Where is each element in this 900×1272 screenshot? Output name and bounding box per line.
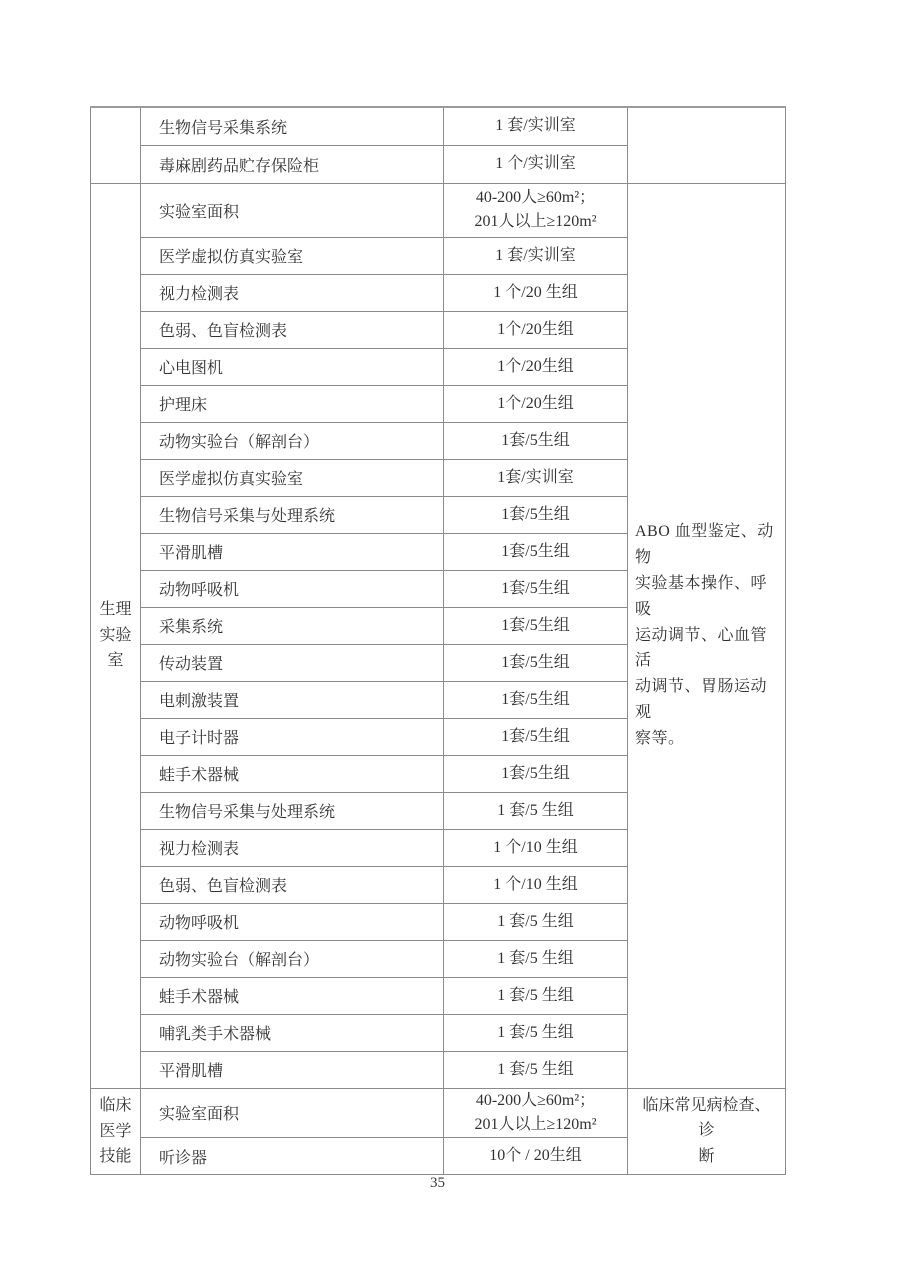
equipment-name-cell: 色弱、色盲检测表 (141, 866, 444, 903)
quantity-cell: 40-200人≥60m²； 201人以上≥120m² (444, 183, 628, 237)
equipment-name-cell: 毒麻剧药品贮存保险柜 (141, 145, 444, 183)
function-description-cell: ABO 血型鉴定、动物 实验基本操作、呼吸 运动调节、心血管活 动调节、胃肠运动… (628, 183, 786, 1088)
equipment-name-cell: 实验室面积 (141, 183, 444, 237)
quantity-cell: 1 个/实训室 (444, 145, 628, 183)
document-page: 生物信号采集系统1 套/实训室毒麻剧药品贮存保险柜1 个/实训室生理 实验 室实… (0, 0, 900, 1272)
equipment-requirements-table: 生物信号采集系统1 套/实训室毒麻剧药品贮存保险柜1 个/实训室生理 实验 室实… (90, 106, 786, 1175)
quantity-cell: 1 个/10 生组 (444, 829, 628, 866)
quantity-cell: 1套/5生组 (444, 422, 628, 459)
room-label-cell (91, 107, 141, 183)
equipment-name-cell: 动物呼吸机 (141, 903, 444, 940)
equipment-name-cell: 电子计时器 (141, 718, 444, 755)
quantity-cell: 1套/实训室 (444, 459, 628, 496)
quantity-cell: 1套/5生组 (444, 718, 628, 755)
quantity-cell: 1个/20生组 (444, 385, 628, 422)
quantity-cell: 1 个/10 生组 (444, 866, 628, 903)
equipment-name-cell: 平滑肌槽 (141, 533, 444, 570)
equipment-name-cell: 哺乳类手术器械 (141, 1014, 444, 1051)
equipment-name-cell: 动物呼吸机 (141, 570, 444, 607)
quantity-cell: 1 套/5 生组 (444, 940, 628, 977)
equipment-name-cell: 护理床 (141, 385, 444, 422)
equipment-name-cell: 视力检测表 (141, 829, 444, 866)
equipment-name-cell: 心电图机 (141, 348, 444, 385)
room-label-cell: 生理 实验 室 (91, 183, 141, 1088)
quantity-cell: 40-200人≥60m²； 201人以上≥120m² (444, 1088, 628, 1137)
quantity-cell: 1 套/5 生组 (444, 792, 628, 829)
equipment-name-cell: 医学虚拟仿真实验室 (141, 237, 444, 274)
quantity-cell: 1套/5生组 (444, 533, 628, 570)
quantity-cell: 1套/5生组 (444, 644, 628, 681)
quantity-cell: 1 套/实训室 (444, 107, 628, 145)
quantity-cell: 1套/5生组 (444, 681, 628, 718)
equipment-name-cell: 听诊器 (141, 1137, 444, 1174)
equipment-name-cell: 生物信号采集与处理系统 (141, 792, 444, 829)
quantity-cell: 1 套/5 生组 (444, 1014, 628, 1051)
quantity-cell: 1个/20生组 (444, 348, 628, 385)
quantity-cell: 10个 / 20生组 (444, 1137, 628, 1174)
quantity-cell: 1套/5生组 (444, 570, 628, 607)
table-row: 生物信号采集系统1 套/实训室 (91, 107, 786, 145)
quantity-cell: 1 个/20 生组 (444, 274, 628, 311)
function-description-cell (628, 107, 786, 183)
quantity-cell: 1 套/实训室 (444, 237, 628, 274)
equipment-name-cell: 生物信号采集与处理系统 (141, 496, 444, 533)
equipment-name-cell: 视力检测表 (141, 274, 444, 311)
equipment-name-cell: 动物实验台（解剖台） (141, 940, 444, 977)
equipment-name-cell: 蛙手术器械 (141, 977, 444, 1014)
equipment-name-cell: 动物实验台（解剖台） (141, 422, 444, 459)
equipment-name-cell: 电刺激装置 (141, 681, 444, 718)
page-number: 35 (90, 1175, 785, 1192)
table-row: 生理 实验 室实验室面积40-200人≥60m²； 201人以上≥120m²AB… (91, 183, 786, 237)
equipment-name-cell: 生物信号采集系统 (141, 107, 444, 145)
table-row: 临床 医学 技能实验室面积40-200人≥60m²； 201人以上≥120m²临… (91, 1088, 786, 1137)
equipment-name-cell: 色弱、色盲检测表 (141, 311, 444, 348)
quantity-cell: 1套/5生组 (444, 607, 628, 644)
quantity-cell: 1 套/5 生组 (444, 977, 628, 1014)
equipment-name-cell: 实验室面积 (141, 1088, 444, 1137)
equipment-name-cell: 采集系统 (141, 607, 444, 644)
equipment-name-cell: 传动装置 (141, 644, 444, 681)
quantity-cell: 1套/5生组 (444, 496, 628, 533)
equipment-name-cell: 医学虚拟仿真实验室 (141, 459, 444, 496)
quantity-cell: 1 套/5 生组 (444, 1051, 628, 1088)
quantity-cell: 1个/20生组 (444, 311, 628, 348)
equipment-name-cell: 蛙手术器械 (141, 755, 444, 792)
function-description-cell: 临床常见病检查、诊 断 (628, 1088, 786, 1175)
quantity-cell: 1套/5生组 (444, 755, 628, 792)
room-label-cell: 临床 医学 技能 (91, 1088, 141, 1175)
equipment-name-cell: 平滑肌槽 (141, 1051, 444, 1088)
quantity-cell: 1 套/5 生组 (444, 903, 628, 940)
